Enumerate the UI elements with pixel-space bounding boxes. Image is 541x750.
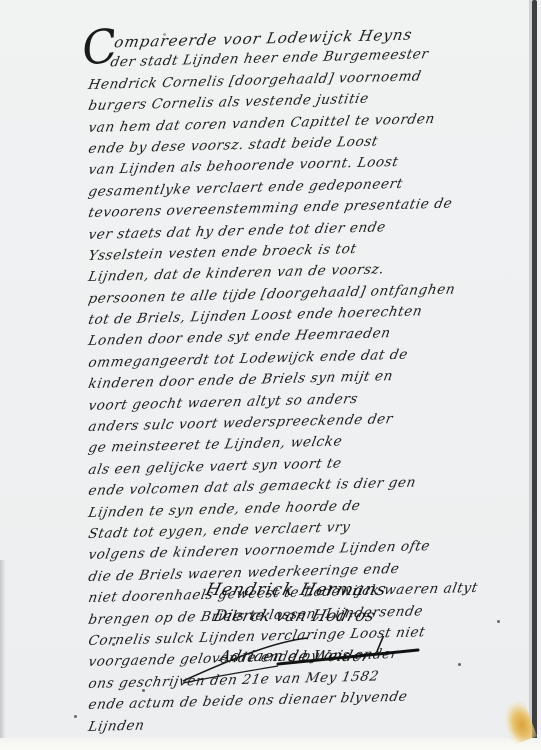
- signature-1: Hendrick Hermans: [204, 580, 443, 600]
- signature-2: Dierck van Hodros: [212, 606, 443, 625]
- manuscript-scan: C ompareerde voor Lodewijck Heyns der st…: [0, 0, 541, 750]
- ink-speck: [74, 715, 77, 718]
- signature-flourish-icon: [0, 636, 538, 696]
